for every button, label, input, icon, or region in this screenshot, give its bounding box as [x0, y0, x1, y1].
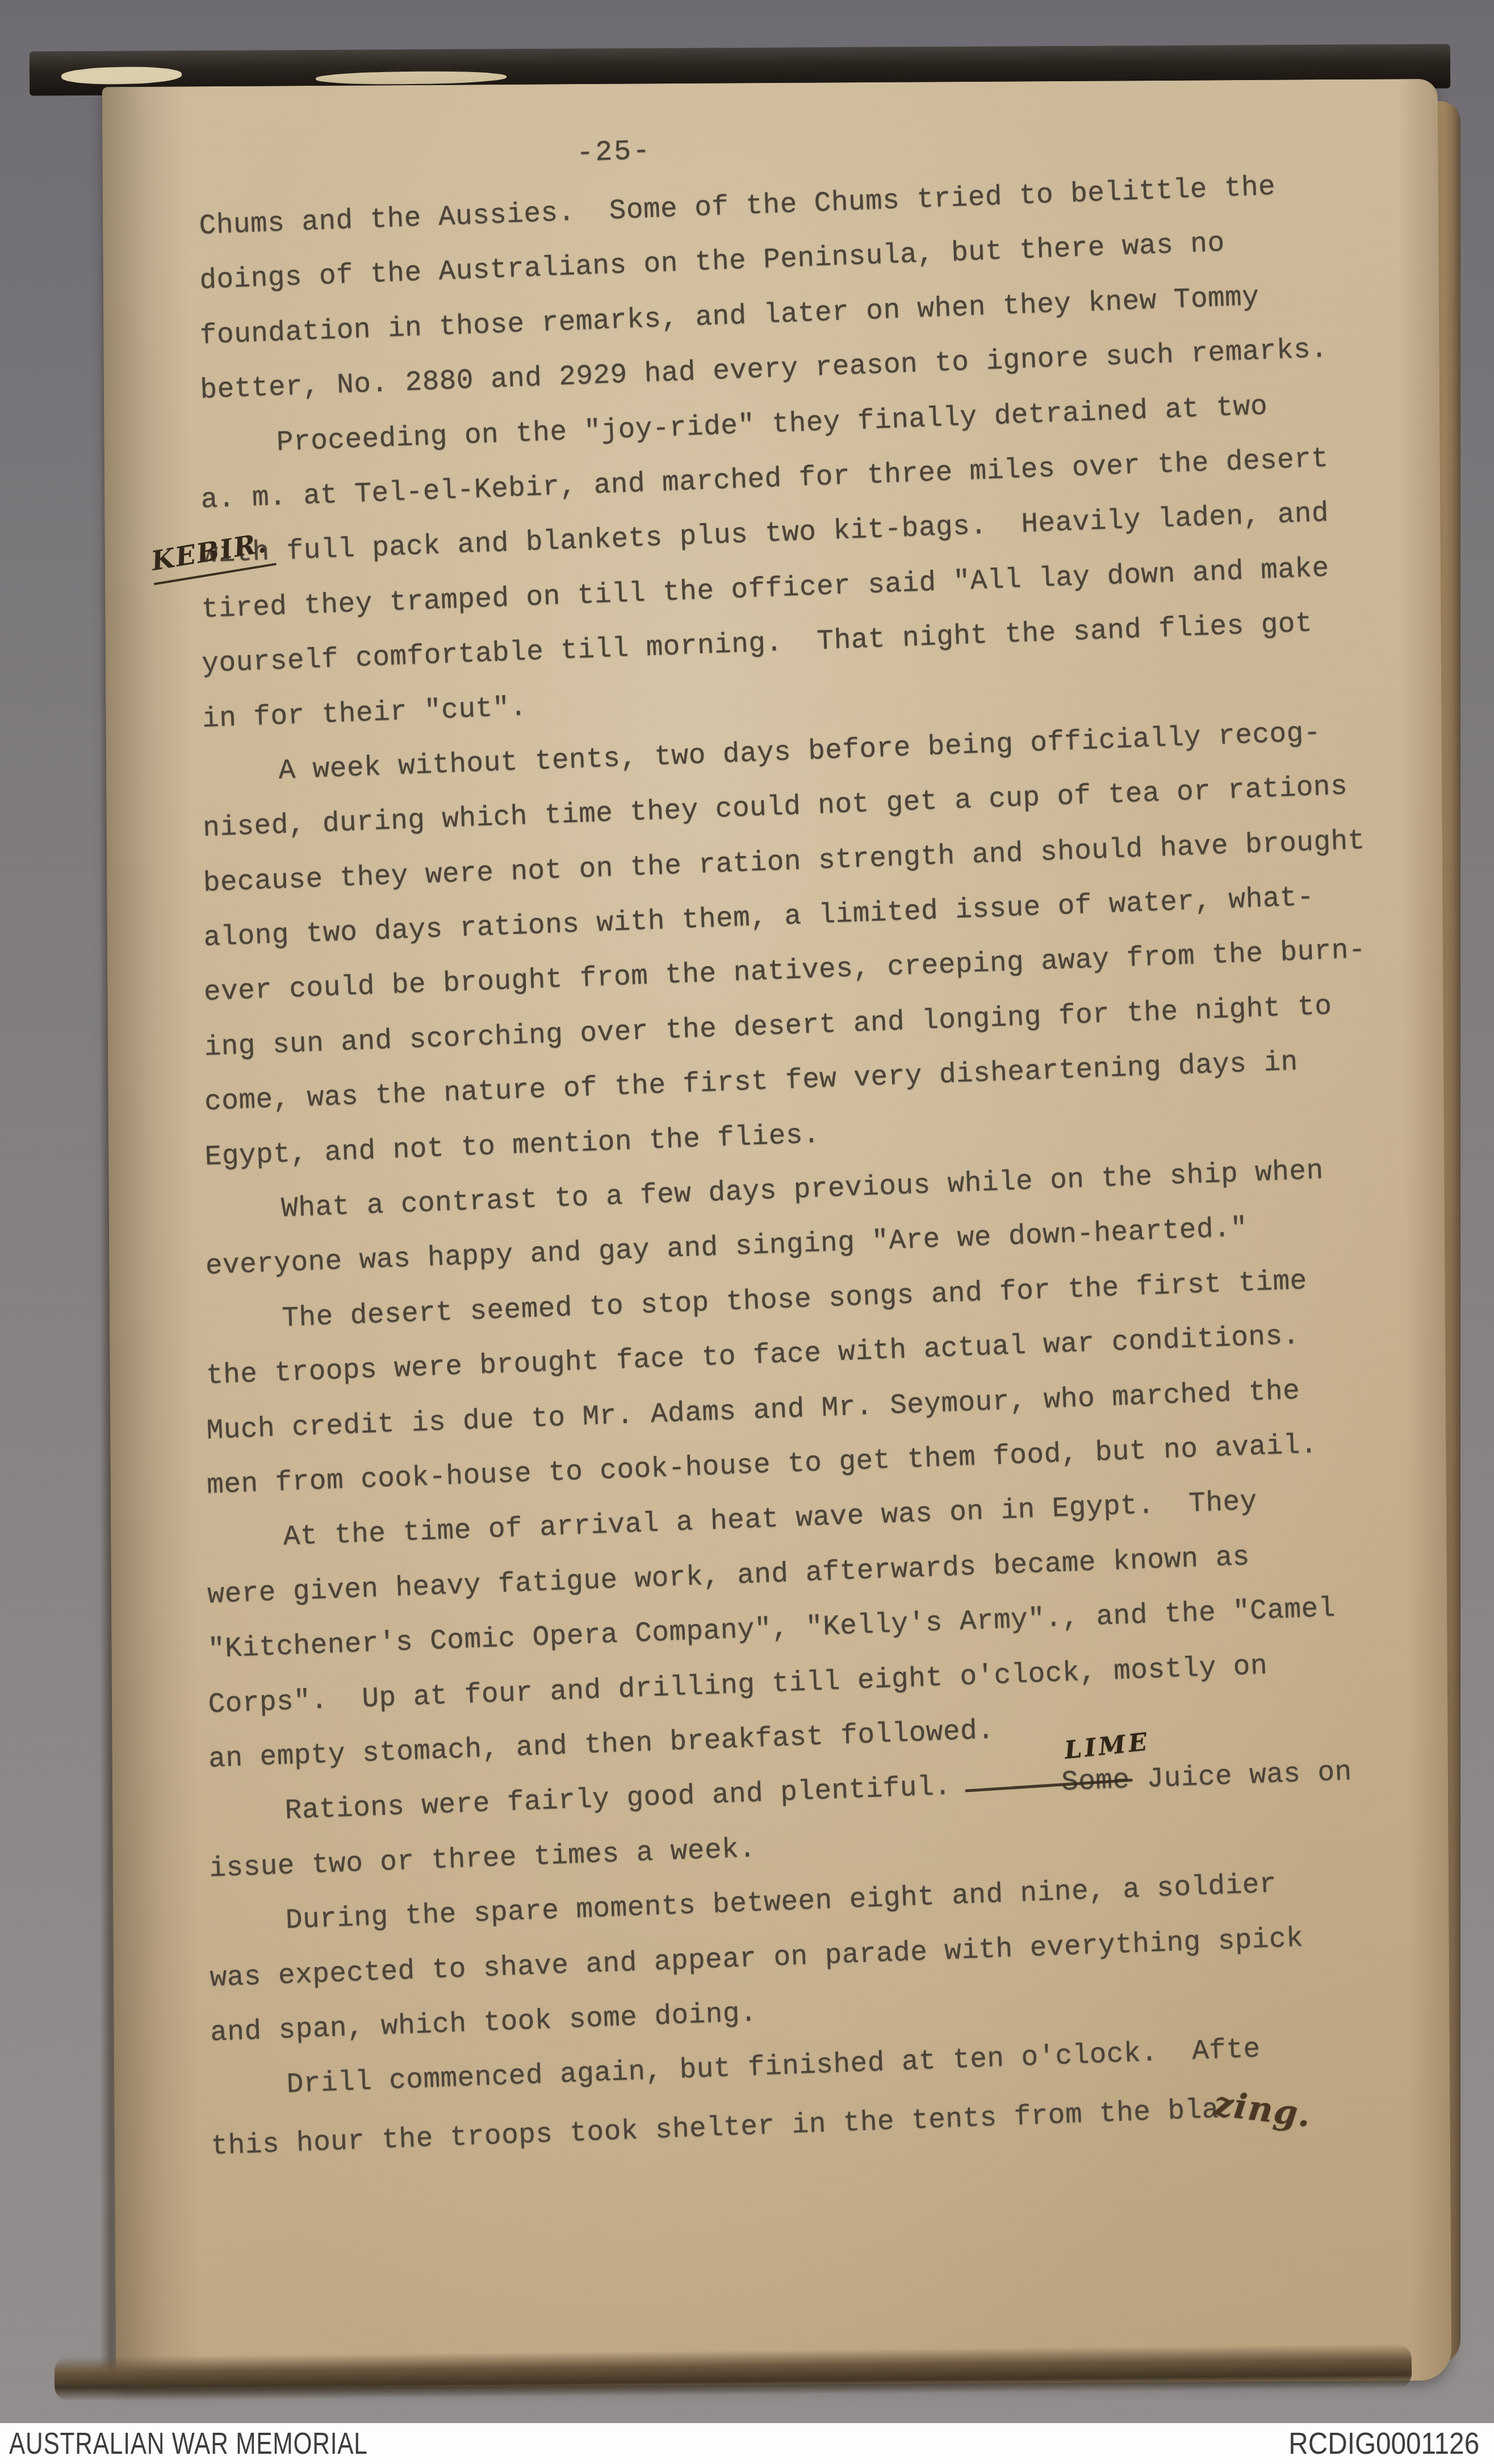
scanned-document-view: -25- KEBIR. Chums and the Aussies. Some …	[0, 0, 1494, 2464]
page-number: -25-	[576, 135, 652, 169]
archive-footer: AUSTRALIAN WAR MEMORIAL RCDIG0001126	[0, 2423, 1494, 2464]
struck-out-word: SomeLIME	[985, 1753, 1131, 1813]
typed-text-body: Chums and the Aussies. Some of the Chums…	[199, 192, 1381, 2170]
archive-institution-label: AUSTRALIAN WAR MEMORIAL	[9, 2427, 368, 2461]
handwritten-word: zing.	[1211, 2077, 1315, 2143]
gutter-shadow	[102, 86, 202, 2388]
archive-reference-id: RCDIG0001126	[1288, 2427, 1479, 2461]
document-page: -25- KEBIR. Chums and the Aussies. Some …	[102, 79, 1452, 2388]
